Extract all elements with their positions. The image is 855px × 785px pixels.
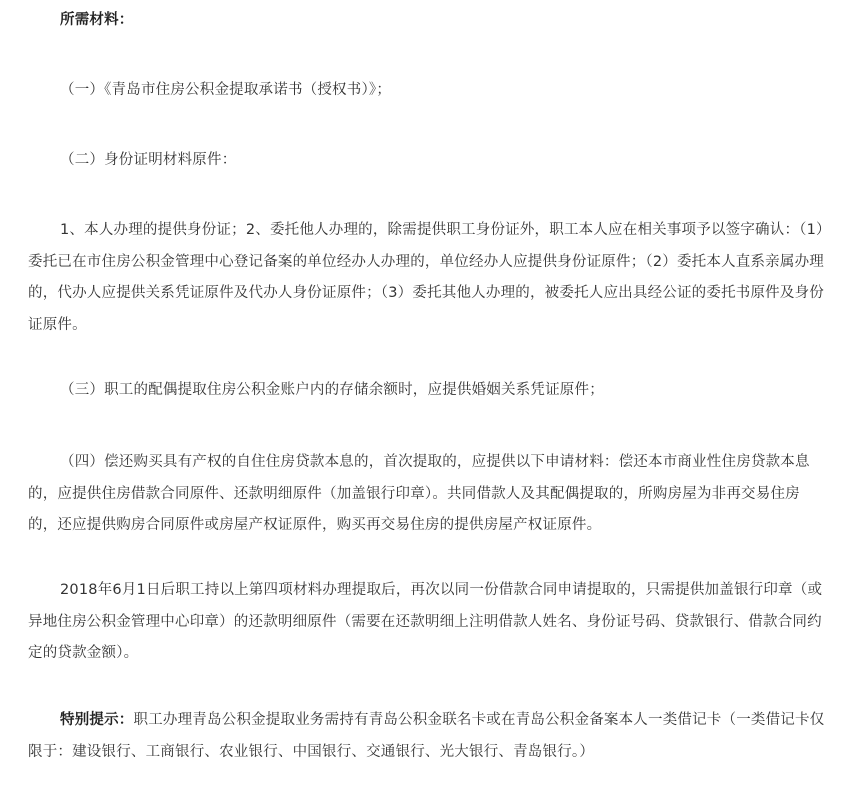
item-identity-details: 1、本人办理的提供身份证；2、委托他人办理的，除需提供职工身份证外，职工本人应在… — [28, 215, 828, 341]
special-note-text: 职工办理青岛公积金提取业务需持有青岛公积金联名卡或在青岛公积金备案本人一类借记卡… — [28, 712, 824, 760]
special-note: 特别提示：职工办理青岛公积金提取业务需持有青岛公积金联名卡或在青岛公积金备案本人… — [28, 705, 828, 768]
special-note-label: 特别提示： — [60, 712, 134, 728]
item-2018-note: 2018年6月1日后职工持以上第四项材料办理提取后，再次以同一份借款合同申请提取… — [28, 575, 828, 670]
item-loan-repayment: （四）偿还购买具有产权的自住住房贷款本息的，首次提取的，应提供以下申请材料：偿还… — [28, 447, 828, 542]
item-spouse-withdrawal: （三）职工的配偶提取住房公积金账户内的存储余额时，应提供婚姻关系凭证原件； — [28, 375, 828, 407]
section-heading: 所需材料： — [28, 5, 828, 37]
item-authorization-letter: （一）《青岛市住房公积金提取承诺书（授权书）》； — [28, 75, 828, 107]
item-identity-documents: （二）身份证明材料原件： — [28, 145, 828, 177]
